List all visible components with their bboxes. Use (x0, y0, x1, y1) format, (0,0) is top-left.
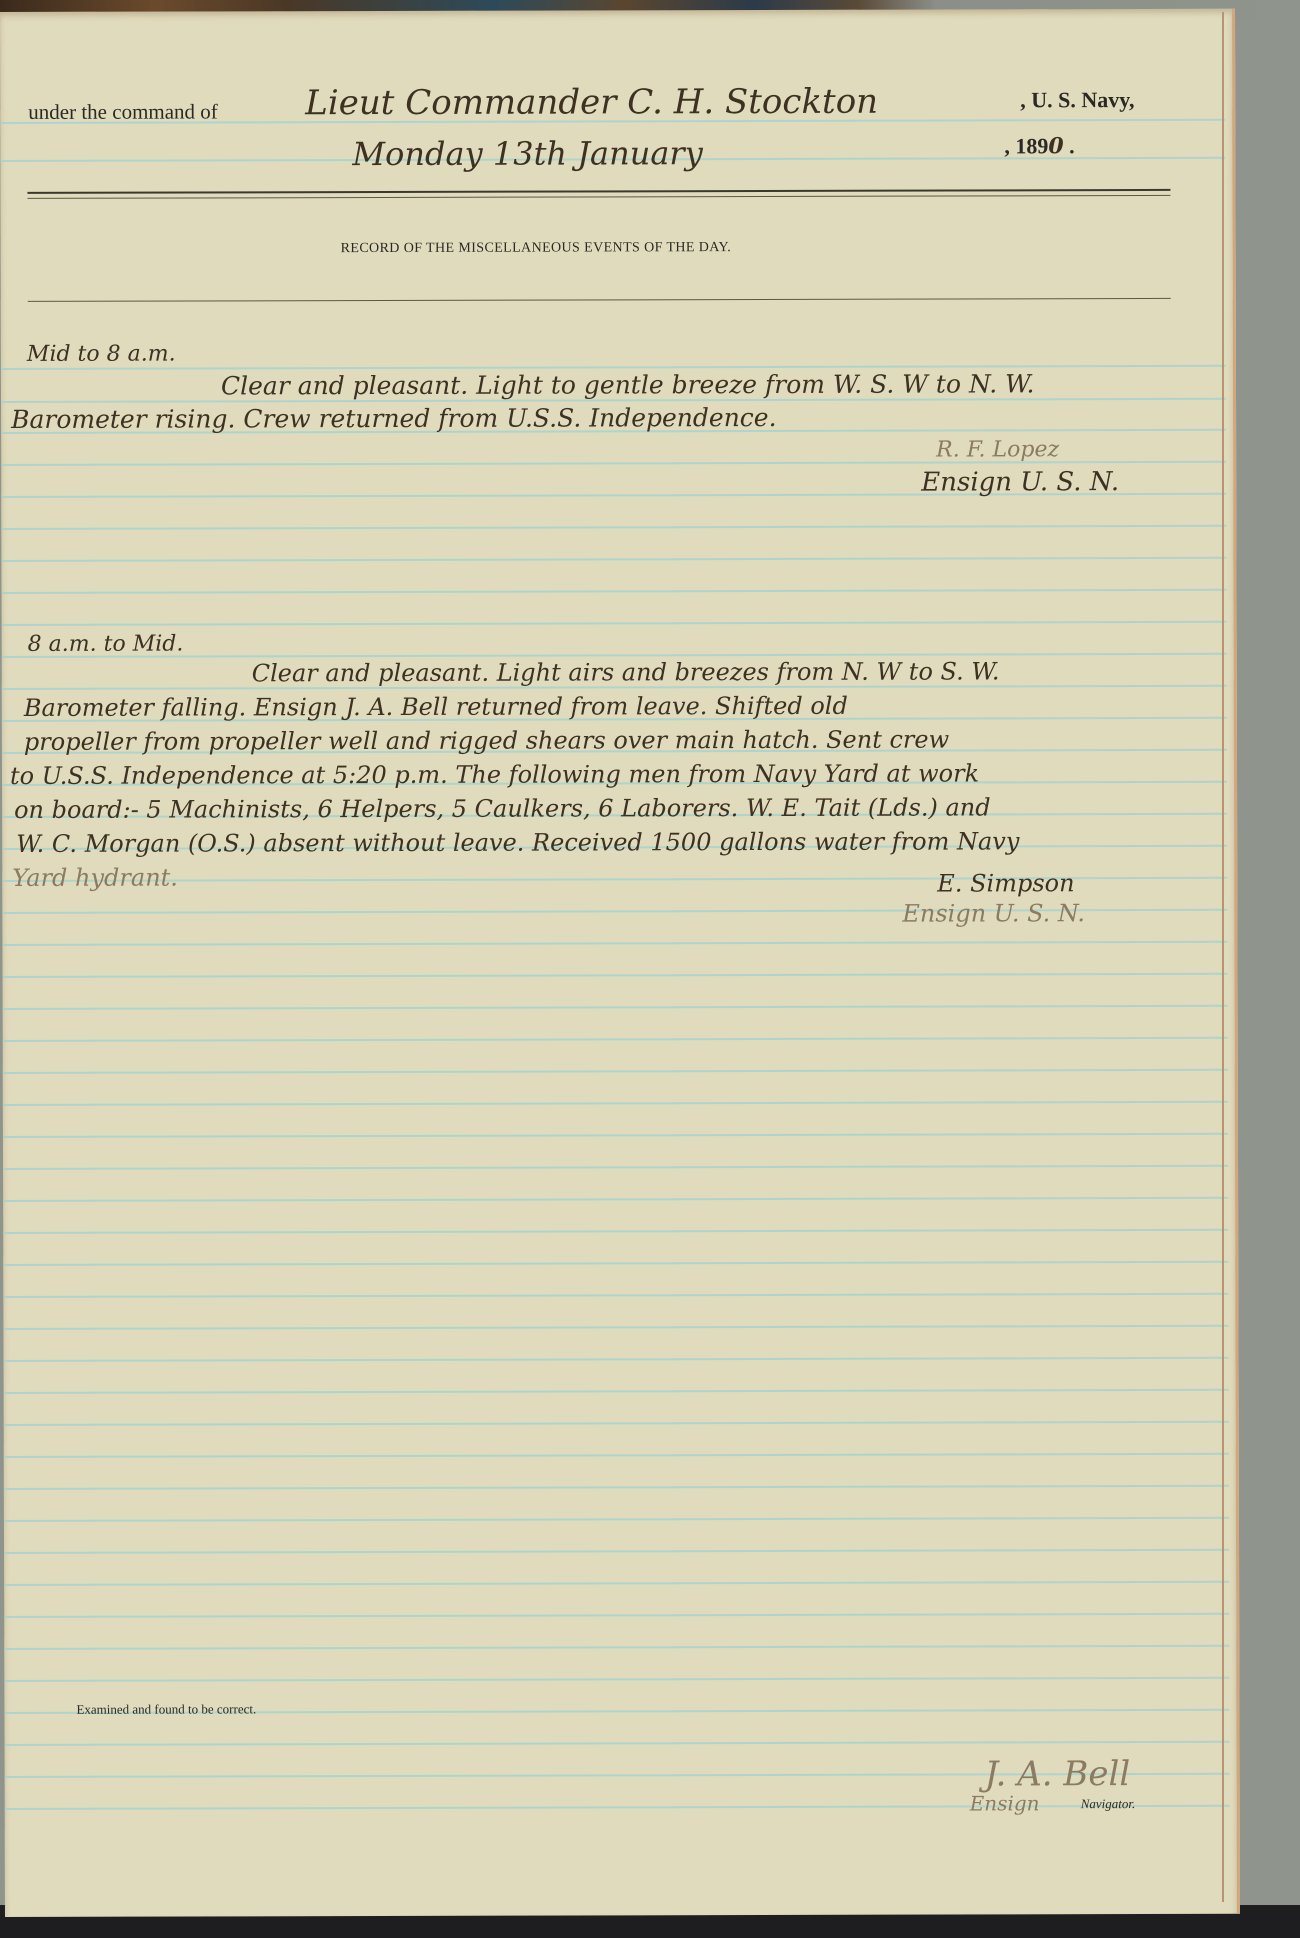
ruled-line (3, 1005, 1228, 1010)
ruled-line (4, 1549, 1229, 1554)
ruled-line (4, 1485, 1229, 1490)
watch-label: 8 a.m. to Mid. (28, 632, 184, 657)
ruled-line (4, 1357, 1229, 1362)
ruled-line (2, 589, 1227, 594)
command-prefix: under the command of (28, 99, 218, 124)
ruled-line (3, 973, 1228, 978)
logbook-page: under the command of Lieut Commander C. … (0, 9, 1240, 1917)
ruled-line (1, 557, 1226, 562)
ruled-line (4, 1517, 1229, 1522)
watch-label: Mid to 8 a.m. (27, 342, 176, 367)
log-year: , 1890 . (1004, 133, 1074, 159)
ruled-line (4, 1581, 1229, 1586)
section-rule (28, 298, 1171, 302)
ruled-line (3, 1325, 1228, 1330)
ruled-line (3, 1133, 1228, 1138)
ruled-line (2, 941, 1227, 946)
entry-line: Clear and pleasant. Light airs and breez… (252, 657, 1000, 687)
ruled-line (3, 1261, 1228, 1266)
entry-line: on board:- 5 Machinists, 6 Helpers, 5 Ca… (14, 793, 991, 824)
navy-suffix: , U. S. Navy, (1020, 87, 1134, 113)
year-period: . (1069, 133, 1075, 158)
signature-rank: Ensign U. S. N. (902, 899, 1085, 927)
ruled-line (4, 1421, 1229, 1426)
ruled-line (5, 1805, 1230, 1810)
examined-statement: Examined and found to be correct. (76, 1701, 256, 1717)
ruled-line (4, 1645, 1229, 1650)
ruled-line (2, 653, 1227, 658)
entry-line: Clear and pleasant. Light to gentle bree… (221, 369, 1034, 400)
ruled-line (4, 1613, 1229, 1618)
commander-name: Lieut Commander C. H. Stockton (305, 82, 878, 123)
year-digit: 0 (1048, 133, 1063, 159)
ruled-line (3, 1037, 1228, 1042)
ruled-line (4, 1453, 1229, 1458)
ruled-line (3, 1293, 1228, 1298)
header-rule (27, 189, 1170, 194)
section-title: RECORD OF THE MISCELLANEOUS EVENTS OF TH… (341, 240, 732, 257)
page-edge (1222, 12, 1224, 1902)
navigator-signature: J. A. Bell (985, 1754, 1131, 1794)
ruled-line (3, 1101, 1228, 1106)
ruled-line (5, 1741, 1230, 1746)
signature-name: R. F. Lopez (936, 437, 1059, 462)
ruled-line (4, 1677, 1229, 1682)
entry-line: Yard hydrant. (12, 864, 178, 892)
signature-name: E. Simpson (937, 869, 1074, 897)
entry-line: Barometer rising. Crew returned from U.S… (11, 403, 777, 434)
log-date: Monday 13th January (352, 134, 702, 173)
ruled-line (1, 365, 1226, 370)
ruled-line (3, 1069, 1228, 1074)
header-rule-thin (27, 195, 1170, 199)
ruled-line (1, 525, 1226, 530)
navigator-label: Navigator. (1081, 1796, 1136, 1812)
ruled-line (2, 621, 1227, 626)
navigator-rank: Ensign (970, 1791, 1040, 1815)
ruled-line (3, 1165, 1228, 1170)
signature-rank: Ensign U. S. N. (921, 467, 1119, 498)
entry-line: Barometer falling. Ensign J. A. Bell ret… (24, 692, 848, 722)
entry-line: W. C. Morgan (O.S.) absent without leave… (16, 827, 1019, 858)
year-printed: , 189 (1004, 133, 1048, 158)
entry-line: propeller from propeller well and rigged… (24, 726, 949, 756)
entry-line: to U.S.S. Independence at 5:20 p.m. The … (10, 759, 979, 790)
ruled-line (3, 1197, 1228, 1202)
ruled-line (3, 1229, 1228, 1234)
ruled-line (4, 1389, 1229, 1394)
